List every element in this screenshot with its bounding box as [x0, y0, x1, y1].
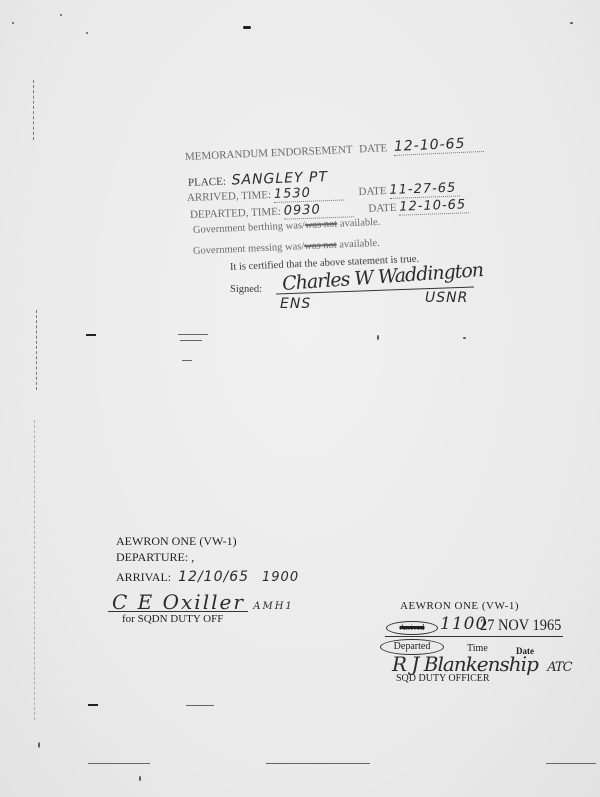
arrival-signature-line [108, 611, 248, 612]
memo-date-label: DATE [359, 142, 388, 155]
departure-date-value: 27 NOV 1965 [480, 617, 561, 635]
scan-mark [86, 334, 96, 336]
scan-mark [178, 334, 208, 335]
messing-row: Government messing was/was not available… [193, 238, 380, 257]
signed-label: Signed: [230, 284, 262, 295]
time-date-line [385, 636, 563, 637]
scan-speck [139, 776, 141, 781]
messing-text: Government messing was/ [193, 241, 305, 257]
memo-date-value: 12-10-65 [394, 135, 485, 156]
departed-date-label: DATE [368, 202, 397, 215]
service: USNR [425, 290, 468, 306]
departure-label: DEPARTURE: [116, 550, 188, 564]
departed-time-label: DEPARTED, TIME: [190, 206, 281, 221]
arrived-time-label: ARRIVED, TIME: [187, 189, 272, 204]
scan-mark [266, 763, 370, 764]
departure-signature-suffix: ATC [547, 660, 571, 675]
scan-mark [243, 26, 251, 29]
scan-edge-line [34, 420, 36, 720]
messing-suffix: available. [336, 238, 380, 251]
arrived-oval-struck: Arrived [386, 621, 438, 635]
arrival-label: ARRIVAL: [116, 570, 171, 584]
arrival-time: 1900 [262, 570, 299, 585]
scanned-document-page: MEMORANDUM ENDORSEMENT DATE 12-10-65 PLA… [0, 0, 600, 797]
rank: ENS [280, 296, 311, 312]
departure-row: DEPARTURE: , [116, 550, 194, 565]
memo-header-row: MEMORANDUM ENDORSEMENT DATE 12-10-65 [185, 135, 485, 165]
scan-edge-line [36, 310, 38, 390]
departure-caption: SQD DUTY OFFICER [396, 673, 490, 684]
arrived-date-label: DATE [358, 185, 387, 198]
arrival-signature-suffix: AMH1 [253, 601, 294, 612]
scan-mark [180, 340, 202, 341]
scan-mark [182, 360, 192, 361]
scan-speck [463, 337, 466, 339]
departure-value: , [191, 550, 194, 564]
departure-stamp-unit: AEWRON ONE (VW-1) [400, 600, 519, 612]
scan-speck [38, 742, 40, 748]
arrival-caption: for SQDN DUTY OFF [122, 613, 223, 625]
scan-speck [12, 22, 14, 24]
scan-speck [60, 14, 62, 16]
arrival-date: 12/10/65 [178, 569, 249, 585]
arrival-row: ARRIVAL: 12/10/65 1900 [116, 569, 299, 585]
scan-speck [377, 335, 379, 340]
scan-mark [546, 763, 596, 764]
scan-mark [186, 705, 214, 706]
arrived-time-value: 1530 [274, 185, 345, 203]
arrived-date-value: 11-27-65 [389, 180, 460, 198]
scan-mark [88, 704, 98, 706]
scan-mark [88, 763, 150, 764]
departed-time-value: 0930 [283, 201, 354, 219]
berthing-text: Government berthing was/ [193, 220, 305, 236]
scan-speck [86, 32, 88, 34]
departed-date-value: 12-10-65 [399, 197, 470, 215]
messing-struck-text: was not [304, 240, 337, 252]
arrival-stamp-unit: AEWRON ONE (VW-1) [116, 534, 237, 549]
berthing-struck-text: was not [305, 219, 338, 231]
scan-edge-line [33, 80, 35, 140]
scan-speck [570, 22, 573, 24]
berthing-suffix: available. [337, 217, 381, 230]
memo-header-label: MEMORANDUM ENDORSEMENT [185, 144, 353, 163]
place-label: PLACE: [188, 176, 226, 189]
